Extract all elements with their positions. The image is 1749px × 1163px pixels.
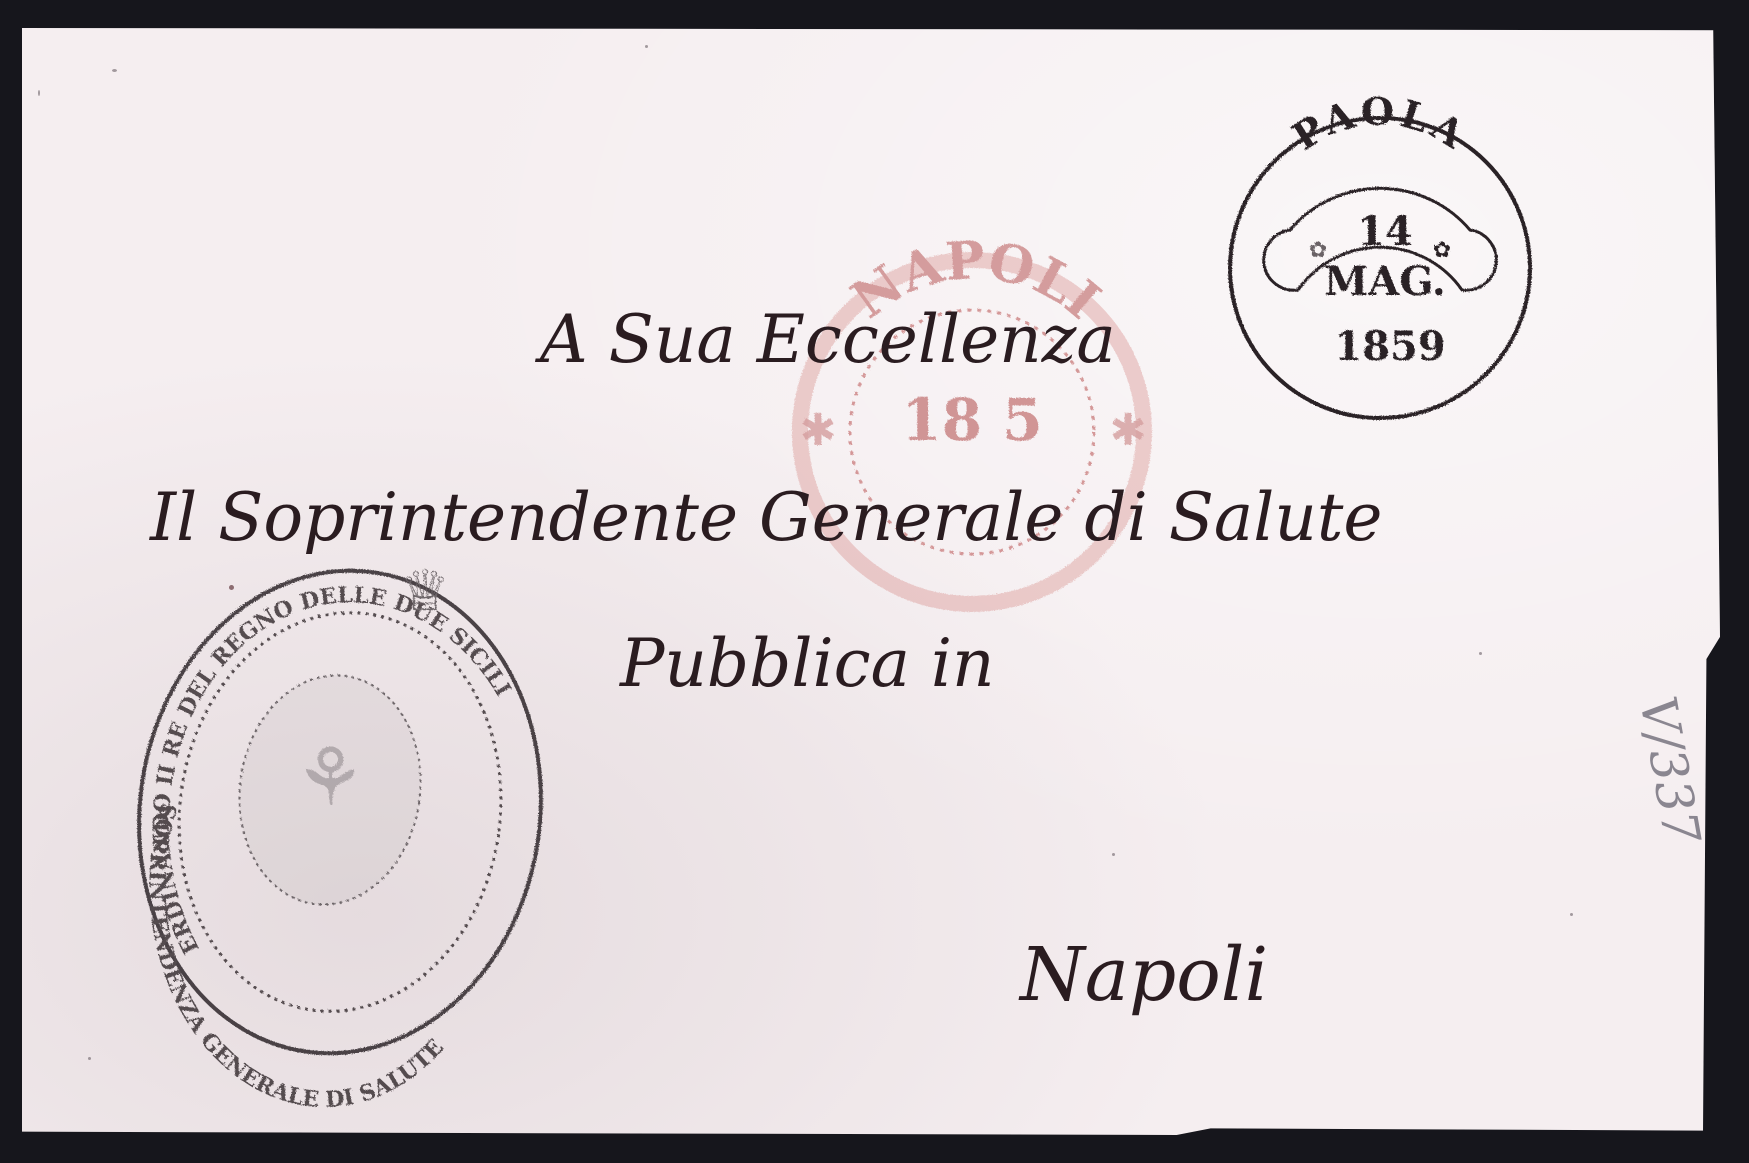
napoli-date-text: 18 5 <box>901 386 1042 454</box>
crown-icon: ♕ <box>400 559 450 624</box>
svg-text:✱: ✱ <box>800 405 837 456</box>
paola-year-text: 1859 <box>1334 323 1445 370</box>
pencil-annotation: V/337 <box>1628 692 1711 848</box>
coat-of-arms-icon: ⚘ <box>294 731 366 824</box>
paola-origin-postmark: PAOLA ✿ ✿ 14 MAG. 1859 <box>1230 89 1530 418</box>
paola-day-text: 14 <box>1357 208 1413 255</box>
address-line-1: A Sua Eccellenza <box>534 301 1116 378</box>
paola-town-text: PAOLA <box>1284 89 1475 159</box>
stamps-and-handwriting: NAPOLI 18 5 ✱ ✱ PAOLA ✿ ✿ 14 MAG. 1859 F… <box>0 0 1749 1163</box>
address-line-4: Napoli <box>1018 932 1268 1018</box>
paola-month-text: MAG. <box>1324 258 1446 305</box>
address-line-3: Pubblica in <box>619 625 995 702</box>
svg-text:✱: ✱ <box>1110 405 1147 456</box>
address-line-2: Il Soprintendente Generale di Salute <box>149 479 1382 556</box>
handwritten-address: A Sua Eccellenza Il Soprintendente Gener… <box>149 301 1382 1018</box>
official-health-seal: FERDINANDO II RE DEL REGNO DELLE DUE SIC… <box>0 0 572 1113</box>
